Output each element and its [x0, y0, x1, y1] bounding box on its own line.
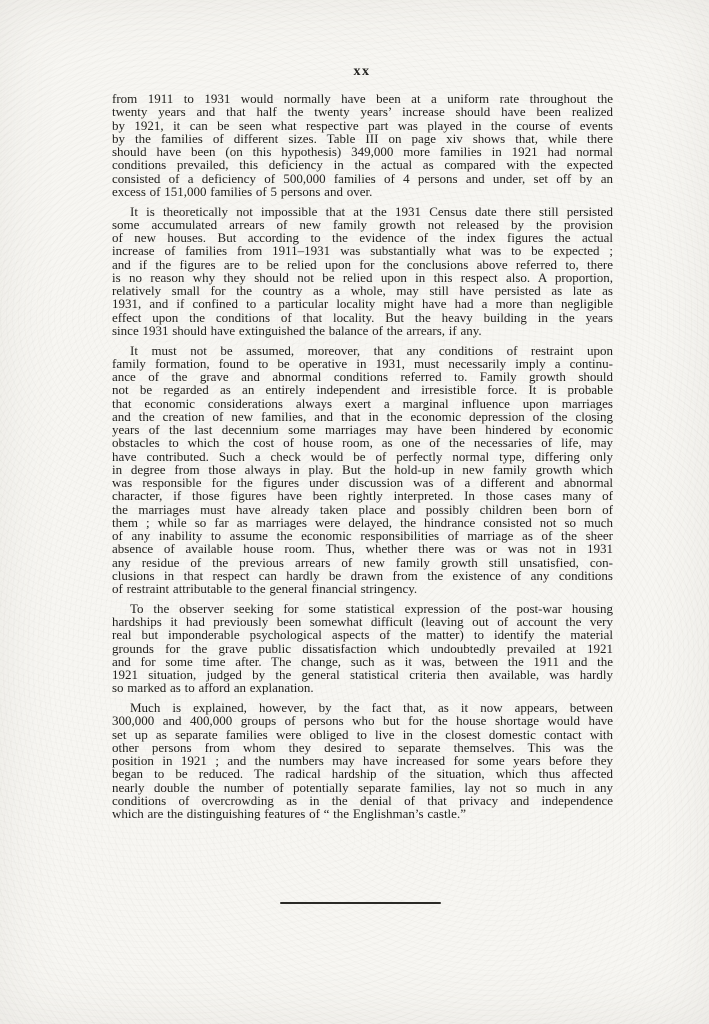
paragraph: Much is explained, however, by the fact … — [112, 701, 613, 820]
text-line: years of the last decennium some marriag… — [112, 423, 613, 436]
text-line: is no reason why they should not be reli… — [112, 271, 613, 284]
text-line: consisted of a deficiency of 500,000 fam… — [112, 172, 613, 185]
text-line: of new houses. But according to the evid… — [112, 231, 613, 244]
text-line: since 1931 should have extinguished the … — [112, 324, 613, 337]
text-line: should have been (on this hypothesis) 34… — [112, 145, 613, 158]
text-line: character, if those figures have been ri… — [112, 489, 613, 502]
section-end-rule — [280, 902, 441, 904]
text-block: from 1911 to 1931 would normally have be… — [112, 92, 613, 820]
text-line: and the creation of new families, and th… — [112, 410, 613, 423]
text-line: some accumulated arrears of new family g… — [112, 218, 613, 231]
text-line: not be regarded as an entirely independe… — [112, 383, 613, 396]
text-line: hardships it had previously been somewha… — [112, 615, 613, 628]
text-line: in degree from those always in play. But… — [112, 463, 613, 476]
text-line: increase of families from 1911–1931 was … — [112, 244, 613, 257]
paragraph: It must not be assumed, moreover, that a… — [112, 344, 613, 596]
text-line: the marriages must have already taken pl… — [112, 503, 613, 516]
text-line: twenty years and that half the twenty ye… — [112, 105, 613, 118]
text-line: excess of 151,000 families of 5 persons … — [112, 185, 613, 198]
text-line: clusions in that respect can hardly be d… — [112, 569, 613, 582]
text-line: that economic considerations always exer… — [112, 397, 613, 410]
text-line: family formation, found to be operative … — [112, 357, 613, 370]
text-line: 300,000 and 400,000 groups of persons wh… — [112, 714, 613, 727]
paragraph: To the observer seeking for some statist… — [112, 602, 613, 695]
text-line: ance of the grave and abnormal condition… — [112, 370, 613, 383]
text-line: any residue of the previous arrears of n… — [112, 556, 613, 569]
scanned-document-page: xx from 1911 to 1931 would normally have… — [0, 0, 709, 1024]
text-line: by the families of different sizes. Tabl… — [112, 132, 613, 145]
text-line: of restraint attributable to the general… — [112, 582, 613, 595]
text-line: absence of available house room. Thus, w… — [112, 542, 613, 555]
text-line: It is theoretically not impossible that … — [112, 205, 613, 218]
text-line: set up as separate families were obliged… — [112, 728, 613, 741]
text-line: was responsible for the figures under di… — [112, 476, 613, 489]
text-line: grounds for the grave public dissatisfac… — [112, 642, 613, 655]
text-line: real but imponderable psychological aspe… — [112, 628, 613, 641]
page-number: xx — [112, 64, 612, 80]
text-line: 1921 situation, judged by the general st… — [112, 668, 613, 681]
paragraph: It is theoretically not impossible that … — [112, 205, 613, 338]
text-line: and if the figures are to be relied upon… — [112, 258, 613, 271]
paragraph: from 1911 to 1931 would normally have be… — [112, 92, 613, 198]
text-line: which are the distinguishing features of… — [112, 807, 613, 820]
text-line: obstacles to which the cost of house roo… — [112, 436, 613, 449]
text-line: have contributed. Such a check would be … — [112, 450, 613, 463]
text-line: began to be reduced. The radical hardshi… — [112, 767, 613, 780]
text-line: 1931, and if confined to a particular lo… — [112, 297, 613, 310]
text-line: Much is explained, however, by the fact … — [112, 701, 613, 714]
text-line: by 1921, it can be seen what respective … — [112, 119, 613, 132]
text-line: position in 1921 ; and the numbers may h… — [112, 754, 613, 767]
text-line: other persons from whom they desired to … — [112, 741, 613, 754]
text-line: It must not be assumed, moreover, that a… — [112, 344, 613, 357]
text-line: nearly double the number of potentially … — [112, 781, 613, 794]
text-line: of any inability to assume the economic … — [112, 529, 613, 542]
text-line: conditions prevailed, this deficiency in… — [112, 158, 613, 171]
text-line: conditions of overcrowding as in the den… — [112, 794, 613, 807]
text-line: and for some time after. The change, suc… — [112, 655, 613, 668]
text-line: relatively small for the country as a wh… — [112, 284, 613, 297]
text-line: so marked as to afford an explanation. — [112, 681, 613, 694]
text-line: them ; while so far as marriages were de… — [112, 516, 613, 529]
text-line: To the observer seeking for some statist… — [112, 602, 613, 615]
text-line: effect upon the conditions of that local… — [112, 311, 613, 324]
text-line: from 1911 to 1931 would normally have be… — [112, 92, 613, 105]
